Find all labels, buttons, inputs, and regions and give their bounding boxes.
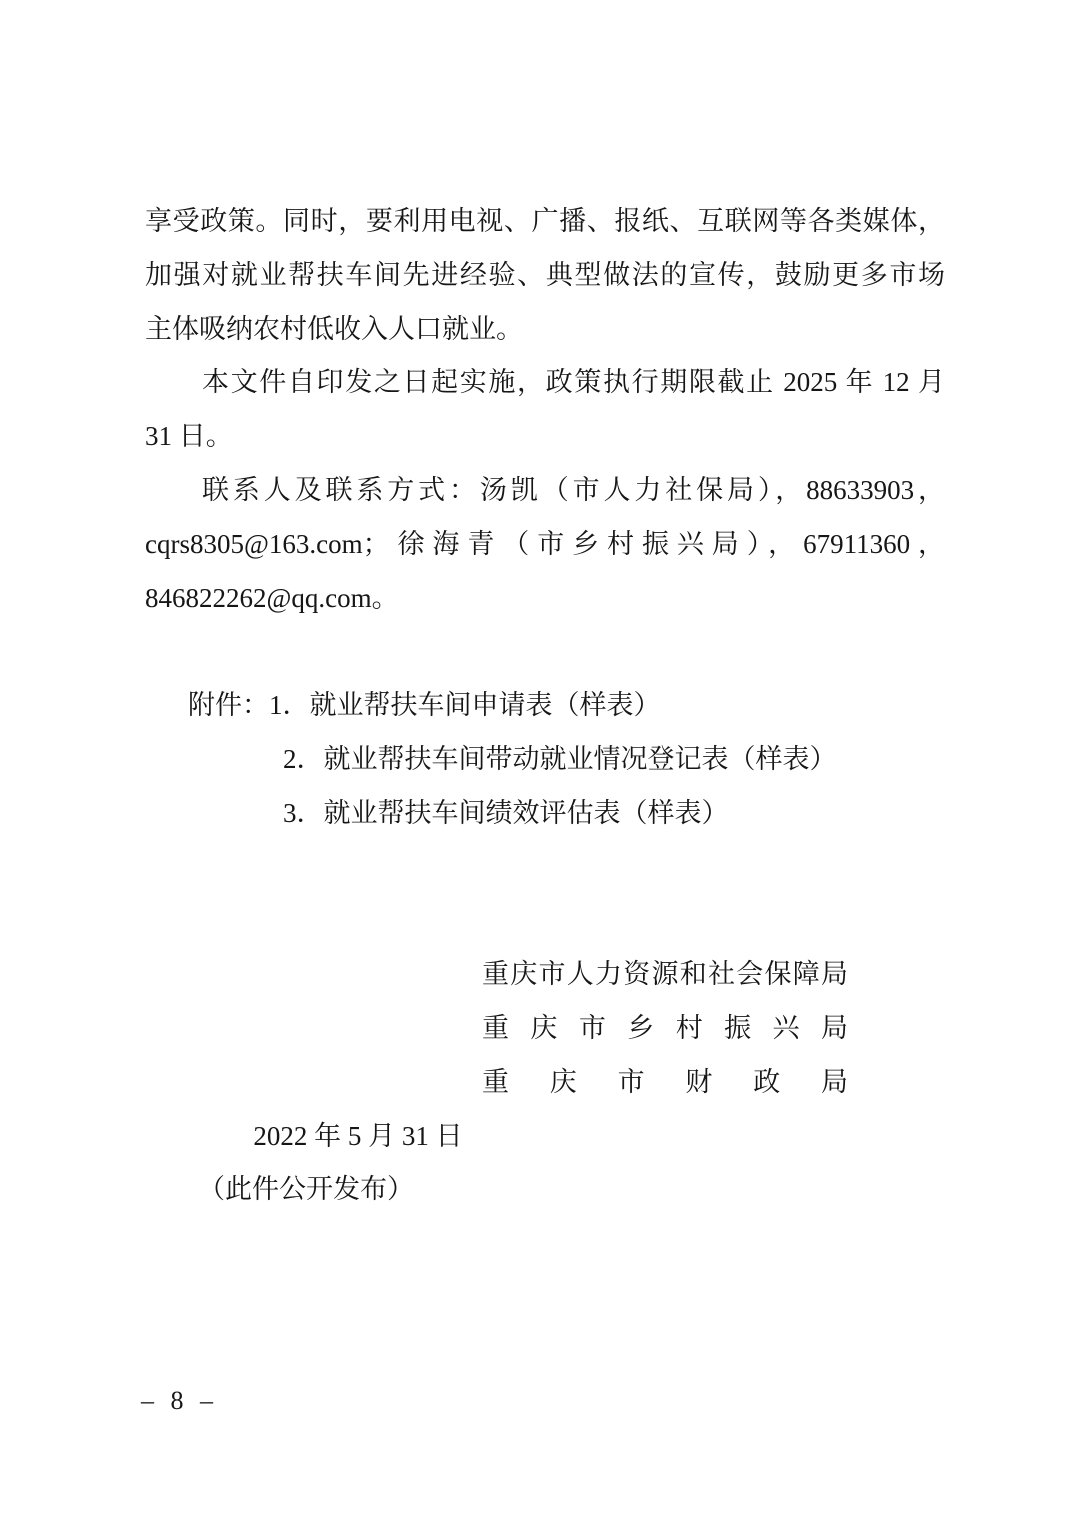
document-page: { "page": { "background_color": "#ffffff… <box>0 0 1074 1520</box>
para-contact-line-3: 846822262@qq.com。 <box>145 572 945 626</box>
para-publicity-line-3: 主体吸纳农村低收入人口就业。 <box>145 303 945 357</box>
para-implementation-line-1: 本文件自印发之日起实施，政策执行期限截止 2025 年 12 月 <box>145 356 945 410</box>
signature-org-1: 重庆市人力资源和社会保障局 <box>482 948 848 1002</box>
signature-org-3: 重庆市财政局 <box>482 1056 848 1110</box>
para-contact-line-1: 联系人及联系方式：汤凯（市人力社保局），88633903， <box>145 464 945 518</box>
spacer <box>145 841 945 895</box>
signature-block: 重庆市人力资源和社会保障局 重庆市乡村振兴局 重庆市财政局 <box>482 948 848 1109</box>
attachment-item-1: 1．就业帮扶车间申请表（样表） <box>269 690 661 720</box>
spacer <box>145 625 945 679</box>
signature-org-2: 重庆市乡村振兴局 <box>482 1002 848 1056</box>
para-implementation-line-2: 31 日。 <box>145 410 945 464</box>
attachment-line-1: 附件：1．就业帮扶车间申请表（样表） <box>188 679 945 733</box>
para-contact-line-2: cqrs8305@163.com；徐海青（市乡村振兴局），67911360， <box>145 518 945 572</box>
signature-date: 2022 年 5 月 31 日 <box>175 1110 541 1164</box>
publish-note: （此件公开发布） <box>198 1163 945 1217</box>
para-publicity-line-2: 加强对就业帮扶车间先进经验、典型做法的宣传，鼓励更多市场 <box>145 249 945 303</box>
attachment-item-3: 3．就业帮扶车间绩效评估表（样表） <box>283 787 945 841</box>
attachment-item-2: 2．就业帮扶车间带动就业情况登记表（样表） <box>283 733 945 787</box>
para-publicity-line-1: 享受政策。同时，要利用电视、广播、报纸、互联网等各类媒体， <box>145 195 945 249</box>
attachments-label: 附件： <box>188 690 269 720</box>
spacer <box>145 894 945 948</box>
page-number: – 8 – <box>141 1386 214 1416</box>
document-body: 享受政策。同时，要利用电视、广播、报纸、互联网等各类媒体， 加强对就业帮扶车间先… <box>145 195 945 1217</box>
